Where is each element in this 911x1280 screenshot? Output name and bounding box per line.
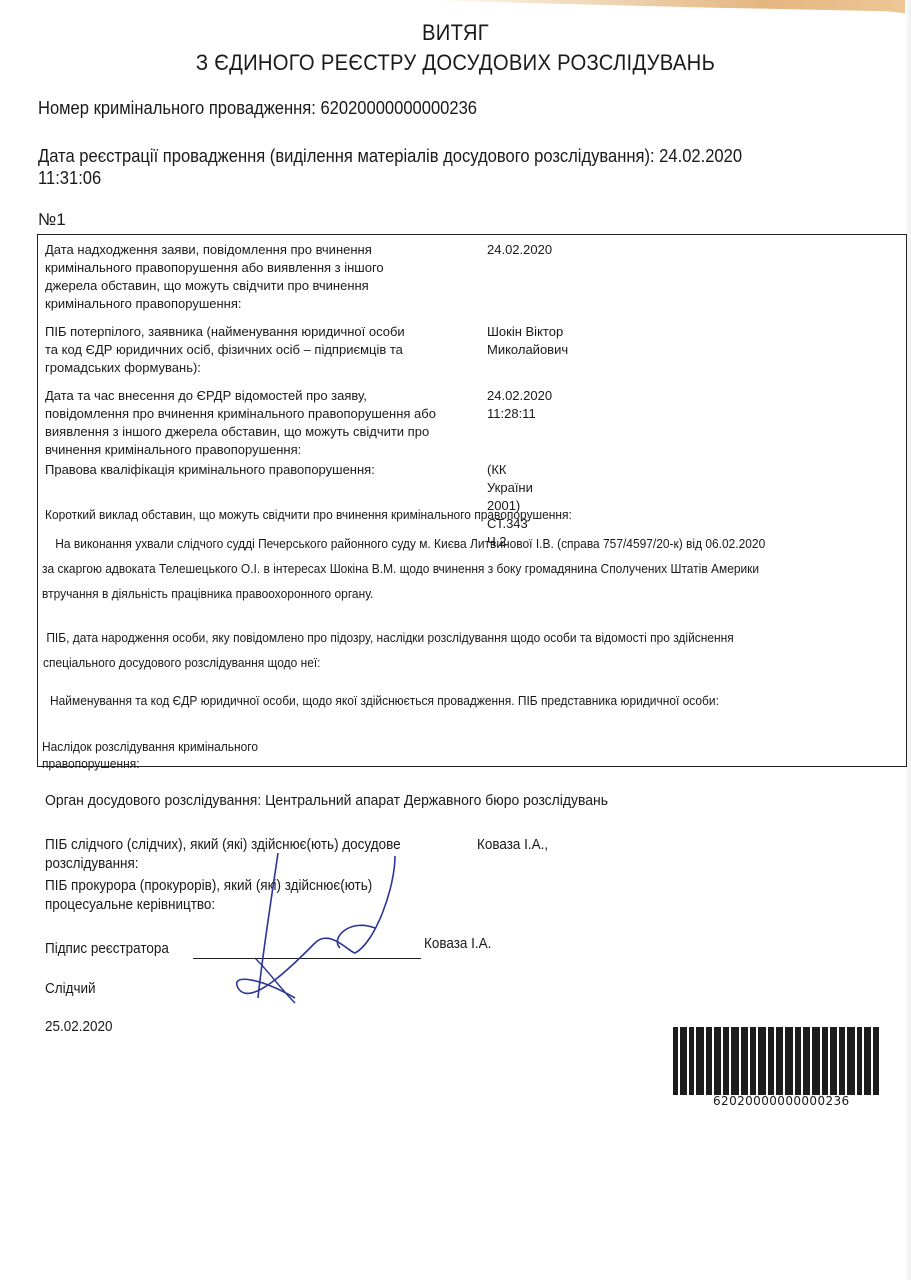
label-line: Дата надходження заяви, повідомлення про… [45,241,460,259]
legal-entity-label: Найменування та код ЄДР юридичної особи,… [50,693,719,708]
row-value: 24.02.2020 [487,241,552,259]
table-row: ПІБ потерпілого, заявника (найменування … [45,323,460,377]
suspect-section: ПІБ, дата народження особи, яку повідомл… [43,625,734,675]
label-line: виявлення з іншого джерела обставин, що … [45,423,460,441]
document-date: 25.02.2020 [45,1018,112,1037]
background-wood-edge [420,0,911,14]
table-row: Дата надходження заяви, повідомлення про… [45,241,460,313]
label-line: кримінального правопорушення: [45,295,460,313]
investigation-result: Наслідок розслідування кримінального пра… [42,738,258,772]
label-line: джерела обставин, що можуть свідчити про… [45,277,460,295]
label-line: вчинення кримінального правопорушення: [45,441,460,459]
registration-date-line: Дата реєстрації провадження (виділення м… [38,145,848,167]
row-value: 24.02.2020 11:28:11 [487,387,552,423]
label-line: Дата та час внесення до ЄРДР відомостей … [45,387,460,405]
label-line: кримінального правопорушення або виявлен… [45,259,460,277]
entry-table: Дата надходження заяви, повідомлення про… [37,234,907,767]
table-row: Правова кваліфікація кримінального право… [45,461,460,479]
registrar-signature-label: Підпис реєстратора [45,940,169,959]
circumstances-line: втручання в діяльність працівника правоо… [42,581,870,606]
document-title: ВИТЯГ [36,20,874,46]
handwritten-signature [200,848,440,1013]
result-line: правопорушення: [42,755,258,772]
investigation-organ: Орган досудового розслідування: Централь… [45,792,608,809]
row-label: Дата надходження заяви, повідомлення про… [45,241,460,313]
entry-number: №1 [38,210,66,230]
investigator-name: Коваза І.А., [477,836,548,855]
label-line: та код ЄДР юридичних осіб, фізичних осіб… [45,341,460,359]
investigator-role: Слідчий [45,980,96,999]
document-subtitle: З ЄДИНОГО РЕЄСТРУ ДОСУДОВИХ РОЗСЛІДУВАНЬ [36,50,874,76]
row-label: ПІБ потерпілого, заявника (найменування … [45,323,460,377]
row-value: Шокін Віктор Миколайович [487,323,568,359]
barcode-number: 62020000000000236 [713,1094,850,1108]
registration-date: Дата реєстрації провадження (виділення м… [38,145,848,189]
barcode [673,1027,903,1095]
circumstances-label: Короткий виклад обставин, що можуть свід… [45,507,572,522]
circumstances-line: На виконання ухвали слідчого судді Печер… [42,531,870,556]
label-line: повідомлення про вчинення кримінального … [45,405,460,423]
row-label: Дата та час внесення до ЄРДР відомостей … [45,387,460,459]
result-line: Наслідок розслідування кримінального [42,738,258,755]
circumstances-line: за скаргою адвоката Телешецького О.І. в … [42,556,870,581]
suspect-line: спеціального досудового розслідування що… [43,650,734,675]
circumstances-text: На виконання ухвали слідчого судді Печер… [42,531,870,606]
suspect-line: ПІБ, дата народження особи, яку повідомл… [43,625,734,650]
label-line: ПІБ потерпілого, заявника (найменування … [45,323,460,341]
case-number: Номер кримінального провадження: 6202000… [38,98,477,119]
table-row: Дата та час внесення до ЄРДР відомостей … [45,387,460,459]
label-line: Правова кваліфікація кримінального право… [45,461,460,479]
label-line: громадських формувань): [45,359,460,377]
registration-time-line: 11:31:06 [38,167,848,189]
row-label: Правова кваліфікація кримінального право… [45,461,460,479]
